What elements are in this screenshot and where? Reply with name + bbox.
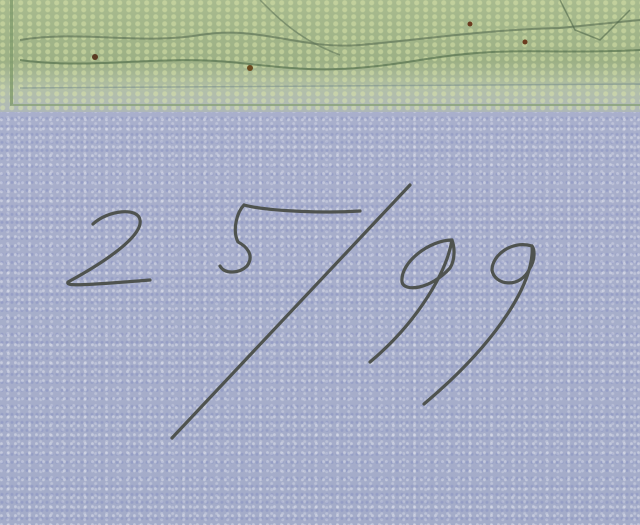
digit-2 [68,212,150,285]
handwritten-edition-number [0,0,640,525]
digit-9-second [424,245,534,404]
digit-9-first [370,240,454,362]
slash [172,185,410,438]
photo-scene: 25/99 [0,0,640,525]
